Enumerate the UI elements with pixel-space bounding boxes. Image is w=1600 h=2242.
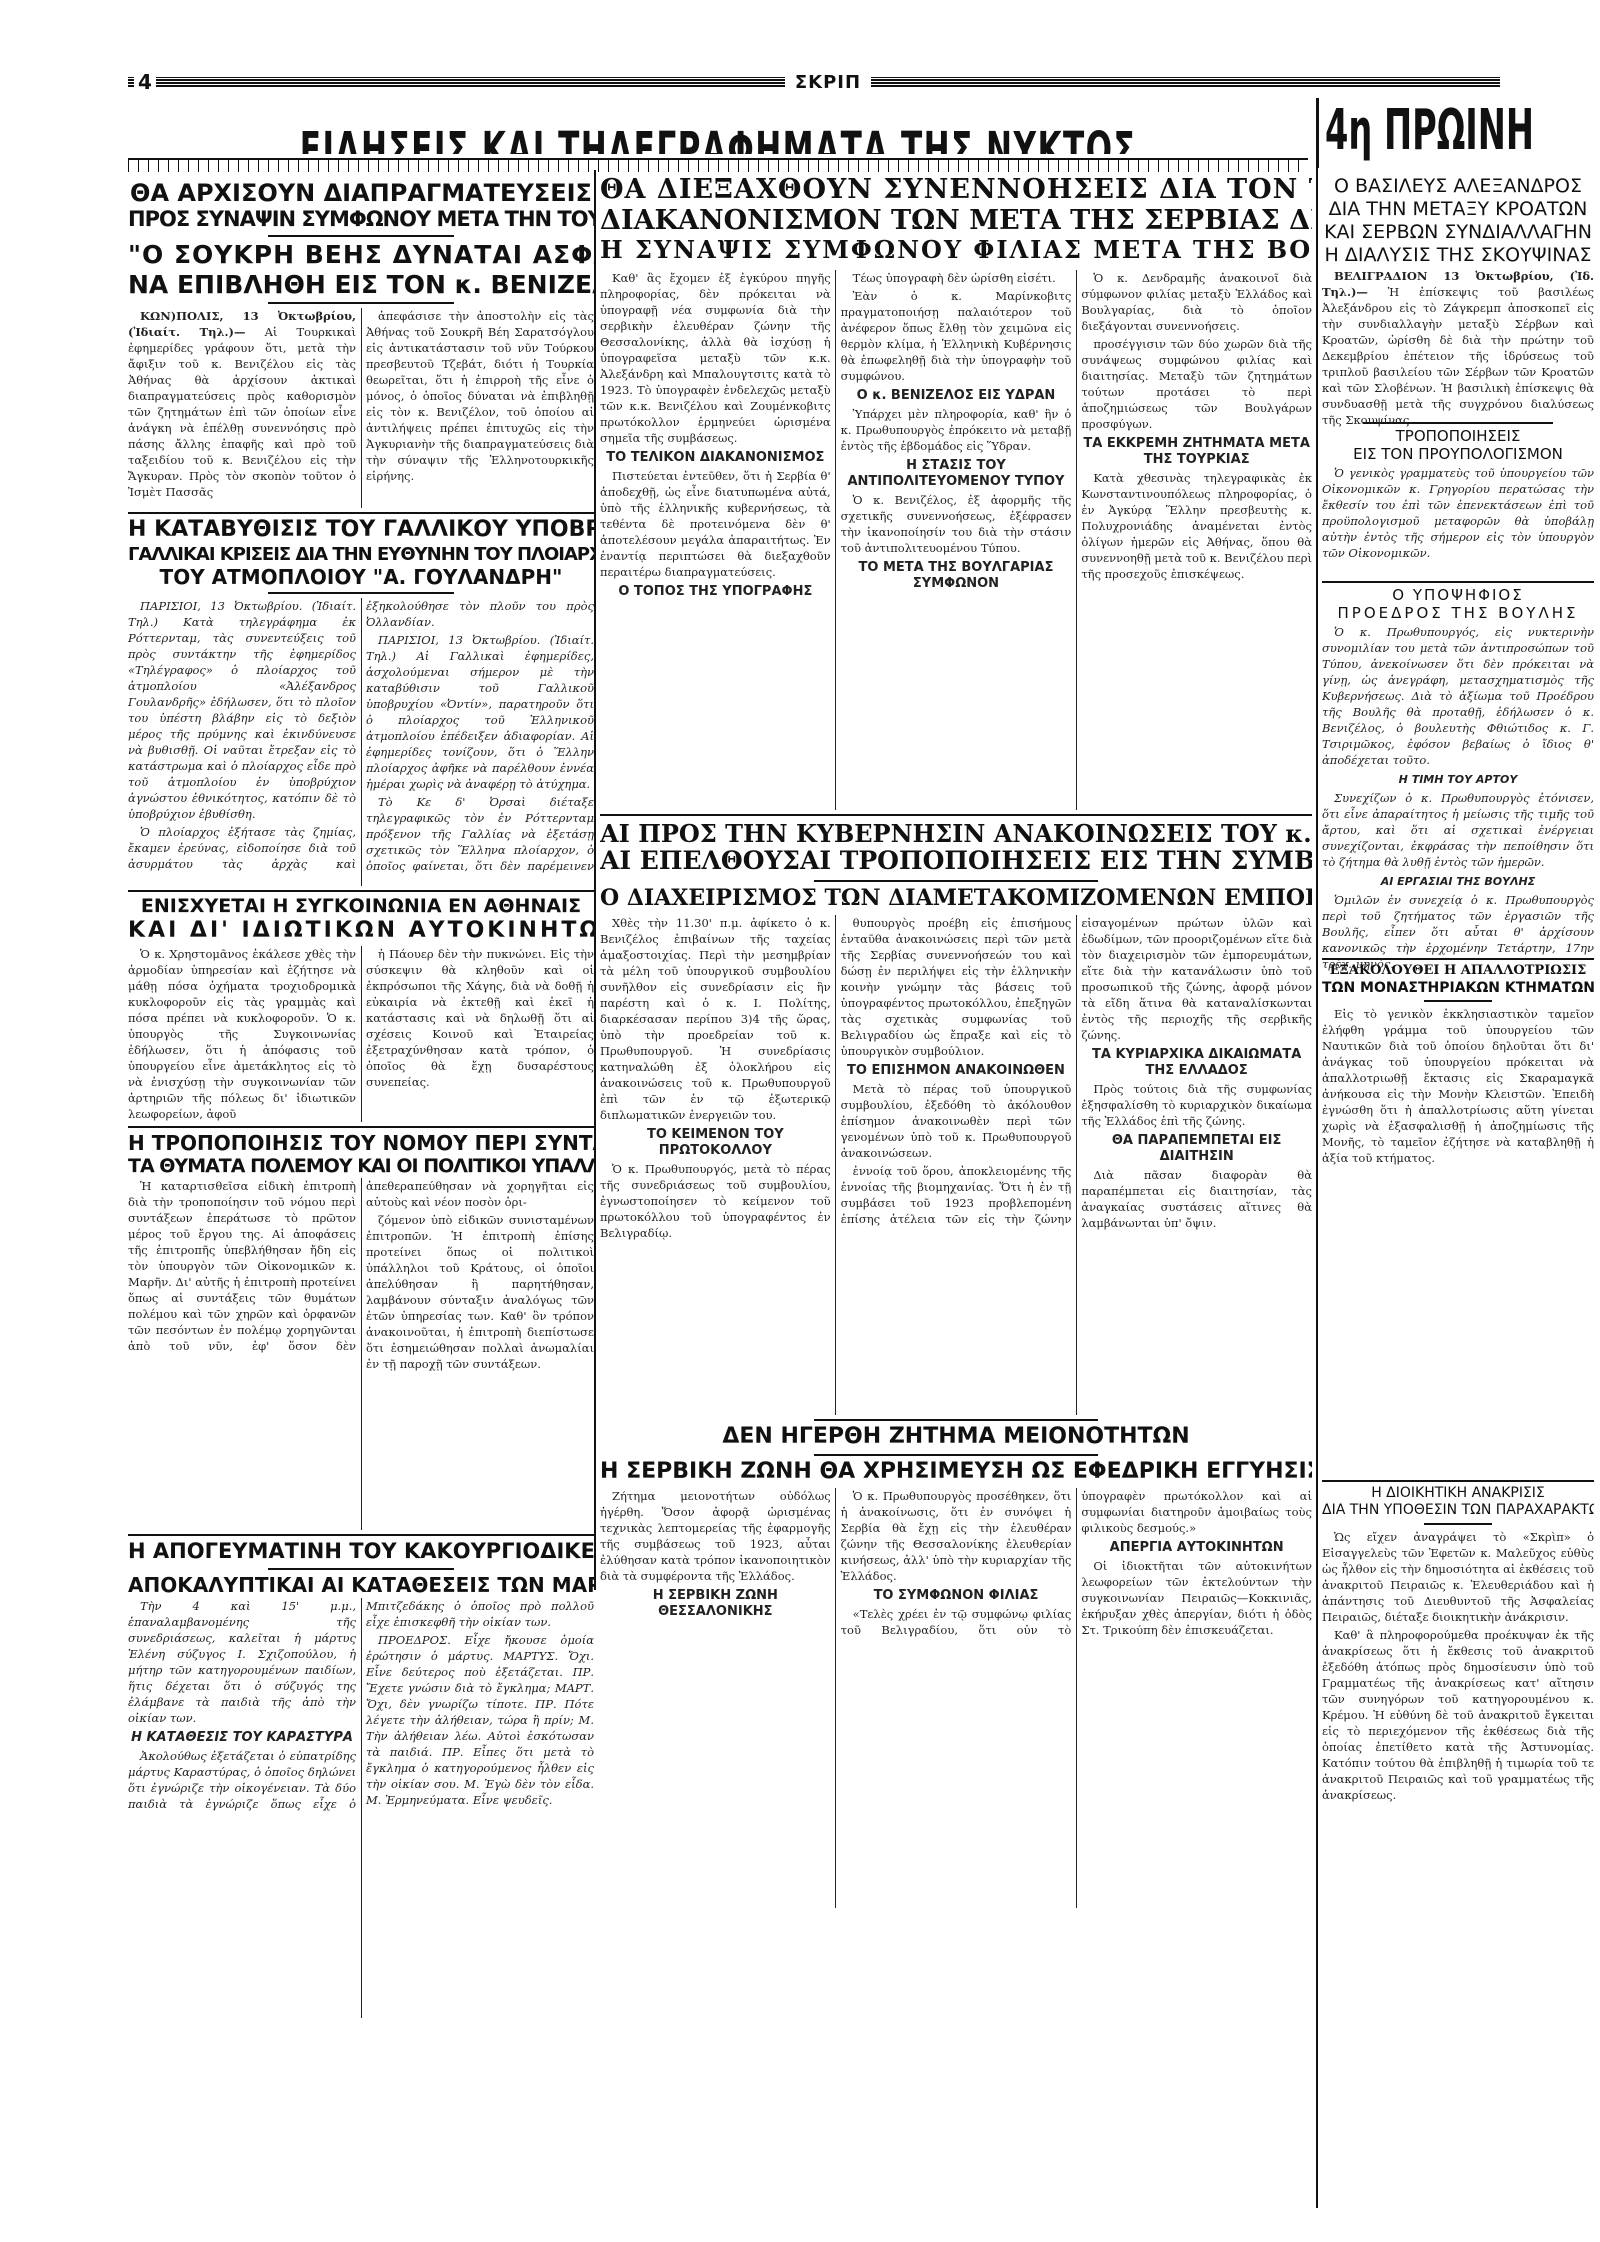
paragraph: Συνεχίζων ὁ κ. Πρωθυπουργὸς ἐτόνισεν, ὅτ… <box>1322 790 1594 870</box>
paragraph: Χθὲς τὴν 11.30' π.μ. ἀφίκετο ὁ κ. Βενιζέ… <box>600 915 831 1123</box>
paragraph: Αἱ Τουρκικαὶ ἐφημερίδες γράφουν ὅτι, μετ… <box>128 325 356 499</box>
article-minorities: ΔΕΝ ΗΓΕΡΘΗ ΖΗΤΗΜΑ ΜΕΙΟΝΟΤΗΤΩΝ Η ΣΕΡΒΙΚΗ … <box>600 1425 1312 1907</box>
middle-column: ΘΑ ΔΙΕΞΑΧΘΟΥΝ ΣΥΝΕΝΝΟΗΣΕΙΣ ΔΙΑ ΤΟΝ ΤΕΛΙΚ… <box>600 174 1312 2214</box>
paragraph: Κατὰ χθεσινὰς τηλεγραφικὰς ἐκ Κωνσταντιν… <box>1081 470 1312 582</box>
subheading: Η ΣΤΑΣΙΣ ΤΟΥ ΑΝΤΙΠΟΛΙΤΕΥΟΜΕΝΟΥ ΤΥΠΟΥ <box>841 458 1072 490</box>
headline: ΑΙ ΕΠΕΛΘΟΥΣΑΙ ΤΡΟΠΟΠΟΙΗΣΕΙΣ ΕΙΣ ΤΗΝ ΣΥΜΒ… <box>600 847 1312 876</box>
masthead-rule <box>128 77 134 87</box>
paragraph: Πιστεύεται ἐντεῦθεν, ὅτι ἡ Σερβία θ' ἀπο… <box>600 468 831 580</box>
article-body: Τὴν 4 καὶ 15' μ.μ., ἐπαναλαμβανομένης τῆ… <box>128 1598 594 2018</box>
divider <box>600 814 1312 816</box>
headline: ΔΙΑ ΤΗΝ ΥΠΟΘΕΣΙΝ ΤΩΝ ΠΑΡΑΧΑΡΑΚΤΩΝ <box>1322 1503 1594 1518</box>
newspaper-page: 4 ΣΚΡΙΠ ΕΙΔΗΣΕΙΣ ΚΑΙ ΤΗΛΕΓΡΑΦΗΜΑΤΑ ΤΗΣ Ν… <box>128 70 1600 2220</box>
subheading: ΤΟ ΕΠΙΣΗΜΟΝ ΑΝΑΚΟΙΝΩΘΕΝ <box>841 1063 1072 1079</box>
subheading: ΤΟ ΚΕΙΜΕΝΟΝ ΤΟΥ ΠΡΩΤΟΚΟΛΛΟΥ <box>600 1127 831 1159</box>
paragraph: Ὁ κ. Πρωθυπουργός, μετὰ τὸ πέρας τῆς συν… <box>600 1161 831 1241</box>
headline: ΤΑ ΘΥΜΑΤΑ ΠΟΛΕΜΟΥ ΚΑΙ ΟΙ ΠΟΛΙΤΙΚΟΙ ΥΠΑΛΛ… <box>128 1156 594 1177</box>
paragraph: Ὁ κ. Χρηστομᾶνος ἐκάλεσε χθὲς τὴν ἁρμοδί… <box>128 946 356 1122</box>
paragraph: Ἐὰν ὁ κ. Μαρίνκοβιτς πραγματοποιήσῃ παλα… <box>841 288 1072 384</box>
headline: ΤΩΝ ΜΟΝΑΣΤΗΡΙΑΚΩΝ ΚΤΗΜΑΤΩΝ <box>1322 981 1594 996</box>
divider <box>128 512 594 514</box>
column-divider <box>1316 98 1318 2208</box>
headline: ΑΠΟΚΑΛΥΠΤΙΚΑΙ ΑΙ ΚΑΤΑΘΕΣΕΙΣ ΤΩΝ ΜΑΡΤΥΡΩΝ <box>128 1574 594 1596</box>
headline: ΔΕΝ ΗΓΕΡΘΗ ΖΗΤΗΜΑ ΜΕΙΟΝΟΤΗΤΩΝ <box>600 1425 1312 1449</box>
article-serbia: ΘΑ ΔΙΕΞΑΧΘΟΥΝ ΣΥΝΕΝΝΟΗΣΕΙΣ ΔΙΑ ΤΟΝ ΤΕΛΙΚ… <box>600 174 1312 810</box>
article-body: Ἡ καταρτισθεῖσα εἰδικὴ ἐπιτροπὴ διὰ τὴν … <box>128 1178 594 1530</box>
headline: ΚΑΙ ΔΙ' ΙΔΙΩΤΙΚΩΝ ΑΥΤΟΚΙΝΗΤΩΝ <box>128 919 594 943</box>
paragraph: ἡ Πάουερ δὲν τὴν πυκνώνει. Εἰς τὴν σύσκε… <box>366 946 594 1090</box>
article-body: ΒΕΛΙΓΡΑΔΙΟΝ 13 Ὀκτωβρίου, (Ἰδ. Τηλ.)— Ἡ … <box>1322 268 1594 418</box>
headline: Η ΣΥΝΑΨΙΣ ΣΥΜΦΩΝΟΥ ΦΙΛΙΑΣ ΜΕΤΑ ΤΗΣ ΒΟΥΛΓ… <box>600 236 1312 264</box>
paragraph: ΠΡΟΕΔΡΟΣ. Εἶχε ἤκουσε ὁμοία ἐρώτησιν ὁ μ… <box>366 1632 594 1808</box>
paragraph: θυπουργὸς προέβη εἰς ἐπισήμους ἐνταῦθα ἀ… <box>841 915 1072 1059</box>
newspaper-name: ΣΚΡΙΠ <box>795 72 861 93</box>
article-body: Ὡς εἴχεν ἀναγράψει τὸ «Σκρὶπ» ὁ Εἰσαγγελ… <box>1322 1529 1594 1949</box>
headline: ΝΑ ΕΠΙΒΛΗΘΗ ΕΙΣ ΤΟΝ κ. ΒΕΝΙΖΕΛΟΝ" <box>128 271 594 299</box>
headline: ΚΑΙ ΣΕΡΒΩΝ ΣΥΝΔΙΑΛΛΑΓΗΝ <box>1322 222 1594 243</box>
article-pensions: Η ΤΡΟΠΟΠΟΙΗΣΙΣ ΤΟΥ ΝΟΜΟΥ ΠΕΡΙ ΣΥΝΤΑΞΕΩΝ … <box>128 1132 594 1531</box>
divider <box>128 1534 594 1536</box>
article-body: ΠΑΡΙΣΙΟΙ, 13 Ὀκτωβρίου. (Ἰδιαίτ. Τηλ.) Κ… <box>128 598 594 886</box>
headline: Η ΤΡΟΠΟΠΟΙΗΣΙΣ ΤΟΥ ΝΟΜΟΥ ΠΕΡΙ ΣΥΝΤΑΞΕΩΝ <box>128 1132 594 1154</box>
article-body: Χθὲς τὴν 11.30' π.μ. ἀφίκετο ὁ κ. Βενιζέ… <box>600 915 1312 1415</box>
paragraph: Διὰ πᾶσαν διαφορὰν θὰ παραπέμπεται εἰς δ… <box>1081 1167 1312 1231</box>
article-budget: ΤΡΟΠΟΠΟΙΗΣΕΙΣ ΕΙΣ ΤΟΝ ΠΡΟΥΠΟΛΟΓΙΣΜΟΝ Ὁ γ… <box>1322 428 1594 577</box>
subheading: ΑΙ ΕΡΓΑΣΙΑΙ ΤΗΣ ΒΟΥΛΗΣ <box>1322 874 1594 890</box>
article-body: Καθ' ἃς ἔχομεν ἐξ ἐγκύρου πηγῆς πληροφορ… <box>600 270 1312 810</box>
divider <box>268 302 454 304</box>
article-counterfeit: Η ΔΙΟΙΚΗΤΙΚΗ ΑΝΑΚΡΙΣΙΣ ΔΙΑ ΤΗΝ ΥΠΟΘΕΣΙΝ … <box>1322 1486 1594 1949</box>
article-body: Ζήτημα μειονοτήτων οὐδόλως ἠγέρθη. Ὅσον … <box>600 1488 1312 1908</box>
right-column: Ο ΒΑΣΙΛΕΥΣ ΑΛΕΞΑΝΔΡΟΣ ΔΙΑ ΤΗΝ ΜΕΤΑΞΥ ΚΡΟ… <box>1322 174 1594 2214</box>
headline: ΠΡΟΕΔΡΟΣ ΤΗΣ ΒΟΥΛΗΣ <box>1322 605 1594 622</box>
paragraph: Ὁ κ. Δενδραμῆς ἀνακοινοῖ διὰ σύμφωνον φι… <box>1081 270 1312 334</box>
divider <box>1424 1000 1492 1002</box>
divider <box>268 1568 454 1570</box>
headline: ΘΑ ΑΡΧΙΣΟΥΝ ΔΙΑΠΡΑΓΜΑΤΕΥΣΕΙΣ <box>128 180 594 206</box>
edition-box: 4η ΠΡΩΙΝΗ <box>1316 98 1599 168</box>
decorative-border <box>128 158 1308 172</box>
paragraph: Ὁμιλῶν ἐν συνεχείᾳ ὁ κ. Πρωθυπουργὸς περ… <box>1322 892 1594 972</box>
divider <box>1322 1480 1594 1482</box>
article-king: Ο ΒΑΣΙΛΕΥΣ ΑΛΕΞΑΝΔΡΟΣ ΔΙΑ ΤΗΝ ΜΕΤΑΞΥ ΚΡΟ… <box>1322 176 1594 418</box>
masthead-rule <box>871 77 1500 87</box>
divider <box>814 1419 1099 1421</box>
paragraph: Καθ' ἃς ἔχομεν ἐξ ἐγκύρου πηγῆς πληροφορ… <box>600 270 831 446</box>
article-body: Εἰς τὸ γενικὸν ἐκκλησιαστικὸν ταμεῖον ἐλ… <box>1322 1006 1594 1476</box>
subheading: ΤΟ ΤΕΛΙΚΟΝ ΔΙΑΚΑΝΟΝΙΣΜΟΣ <box>600 450 831 466</box>
article-body: Ὁ κ. Πρωθυπουργός, εἰς νυκτερινὴν συνομι… <box>1322 624 1594 954</box>
paragraph: Μετὰ τὸ πέρας τοῦ ὑπουργικοῦ συμβουλίου,… <box>841 1081 1072 1161</box>
paragraph: Ζήτημα μειονοτήτων οὐδόλως ἠγέρθη. Ὅσον … <box>600 1488 831 1584</box>
divider <box>268 592 454 594</box>
subheading: ΘΑ ΠΑΡΑΠΕΜΠΕΤΑΙ ΕΙΣ ΔΙΑΙΤΗΣΙΝ <box>1081 1133 1312 1165</box>
subheading: Η ΤΙΜΗ ΤΟΥ ΑΡΤΟΥ <box>1322 772 1594 788</box>
headline: ΕΙΣ ΤΟΝ ΠΡΟΥΠΟΛΟΓΙΣΜΟΝ <box>1322 446 1594 463</box>
paragraph: προσέγγισιν τῶν δύο χωρῶν διὰ τῆς συνάψε… <box>1081 336 1312 432</box>
divider <box>128 1126 594 1128</box>
subheading: Ο κ. ΒΕΝΙΖΕΛΟΣ ΕΙΣ ΥΔΡΑΝ <box>841 388 1072 404</box>
headline: Η ΣΕΡΒΙΚΗ ΖΩΝΗ ΘΑ ΧΡΗΣΙΜΕΥΣΗ ΩΣ ΕΦΕΔΡΙΚΗ… <box>600 1460 1312 1484</box>
paragraph: Πρὸς τούτοις διὰ τῆς συμφωνίας ἐξησφαλίσ… <box>1081 1081 1312 1129</box>
article-body: Ὁ κ. Χρηστομᾶνος ἐκάλεσε χθὲς τὴν ἁρμοδί… <box>128 946 594 1122</box>
headline: Ο ΥΠΟΨΗΦΙΟΣ <box>1322 587 1594 604</box>
article-monasteries: ΕΞΑΚΟΛΟΥΘΕΙ Η ΑΠΑΛΛΟΤΡΙΩΣΙΣ ΤΩΝ ΜΟΝΑΣΤΗΡ… <box>1322 964 1594 1476</box>
headline: Ο ΒΑΣΙΛΕΥΣ ΑΛΕΞΑΝΔΡΟΣ <box>1322 176 1594 197</box>
divider <box>814 880 1099 882</box>
subheading: Η ΚΑΤΑΘΕΣΙΣ ΤΟΥ ΚΑΡΑΣΤΥΡΑ <box>128 1730 356 1746</box>
paragraph: Ἡ ἐπίσκεψις τοῦ βασιλέως Ἀλεξάνδρου εἰς … <box>1322 285 1594 427</box>
divider <box>1424 1523 1492 1525</box>
paragraph: Καθ' ἃ πληροφορούμεθα προέκυψαν ἐκ τῆς ἀ… <box>1322 1627 1594 1803</box>
paragraph: Ὁ γενικὸς γραμματεὺς τοῦ ὑπουργείου τῶν … <box>1322 465 1594 561</box>
page-number: 4 <box>138 70 152 94</box>
article-body: Ὁ γενικὸς γραμματεὺς τοῦ ὑπουργείου τῶν … <box>1322 465 1594 577</box>
paragraph: Ὁ κ. Πρωθυπουργός, εἰς νυκτερινὴν συνομι… <box>1322 624 1594 768</box>
divider <box>1322 581 1594 583</box>
article-submarine: Η ΚΑΤΑΒΥΘΙΣΙΣ ΤΟΥ ΓΑΛΛΙΚΟΥ ΥΠΟΒΡΥΧΙΟΥ ΓΑ… <box>128 518 594 886</box>
paragraph: Οἱ ἰδιοκτῆται τῶν αὐτοκινήτων λεωφορείων… <box>1081 1558 1312 1638</box>
headline: ΕΝΙΣΧΥΕΤΑΙ Η ΣΥΓΚΟΙΝΩΝΙΑ ΕΝ ΑΘΗΝΑΙΣ <box>128 896 594 917</box>
paragraph: Κατὰ τηλεγράφημα ἐκ Ρόττερνταμ, τὰς συνε… <box>128 615 356 821</box>
article-venizelos: ΑΙ ΠΡΟΣ ΤΗΝ ΚΥΒΕΡΝΗΣΙΝ ΑΝΑΚΟΙΝΩΣΕΙΣ ΤΟΥ … <box>600 820 1312 1416</box>
divider <box>268 235 454 237</box>
paragraph: Ὁ κ. Πρωθυπουργὸς προσέθηκεν, ὅτι ἡ ἀνακ… <box>841 1488 1072 1584</box>
headline: Η ΔΙΑΛΥΣΙΣ ΤΗΣ ΣΚΟΥΨΙΝΑΣ <box>1322 245 1594 266</box>
article-body: ΚΩΝ)ΠΟΛΙΣ, 13 Ὀκτωβρίου, (Ἰδιαίτ. Τηλ.)—… <box>128 308 594 508</box>
headline: ΤΟΥ ΑΤΜΟΠΛΟΙΟΥ "Α. ΓΟΥΛΑΝΔΡΗ" <box>128 566 594 588</box>
headline: ΔΙΑ ΤΗΝ ΜΕΤΑΞΥ ΚΡΟΑΤΩΝ <box>1322 199 1594 220</box>
headline: ΔΙΑΚΑΝΟΝΙΣΜΟΝ ΤΩΝ ΜΕΤΑ ΤΗΣ ΣΕΡΒΙΑΣ ΔΙΑΦΟ… <box>600 205 1312 236</box>
paragraph: ζόμενον ὑπὸ εἰδικῶν συνισταμένων ἐπιτροπ… <box>366 1212 594 1372</box>
headline: ΘΑ ΔΙΕΞΑΧΘΟΥΝ ΣΥΝΕΝΝΟΗΣΕΙΣ ΔΙΑ ΤΟΝ ΤΕΛΙΚ… <box>600 174 1312 205</box>
subheading: Η ΣΕΡΒΙΚΗ ΖΩΝΗ ΘΕΣΣΑΛΟΝΙΚΗΣ <box>600 1588 831 1620</box>
paragraph: Αἱ Γαλλικαὶ ἐφημερίδες, ἀσχολούμεναι σήμ… <box>366 649 594 791</box>
section-banner: ΕΙΔΗΣΕΙΣ ΚΑΙ ΤΗΛΕΓΡΑΦΗΜΑΤΑ ΤΗΣ ΝΥΚΤΟΣ <box>128 96 1308 154</box>
headline: Ο ΔΙΑΧΕΙΡΙΣΜΟΣ ΤΩΝ ΔΙΑΜΕΤΑΚΟΜΙΖΟΜΕΝΩΝ ΕΜ… <box>600 886 1312 911</box>
article-candidate: Ο ΥΠΟΨΗΦΙΟΣ ΠΡΟΕΔΡΟΣ ΤΗΣ ΒΟΥΛΗΣ Ὁ κ. Πρω… <box>1322 587 1594 954</box>
subheading: ΑΠΕΡΓΙΑ ΑΥΤΟΚΙΝΗΤΩΝ <box>1081 1540 1312 1556</box>
edition-label: 4η ΠΡΩΙΝΗ <box>1325 98 1489 163</box>
paragraph: Ὡς εἴχεν ἀναγράψει τὸ «Σκρὶπ» ὁ Εἰσαγγελ… <box>1322 1529 1594 1625</box>
masthead-rule <box>156 77 785 87</box>
paragraph: Ὁ κ. Βενιζέλος, ἐξ ἀφορμῆς τῆς σχετικῆς … <box>841 492 1072 556</box>
headline: Η ΑΠΟΓΕΥΜΑΤΙΝΗ ΤΟΥ ΚΑΚΟΥΡΓΙΟΔΙΚΕΙΟΥ <box>128 1540 594 1563</box>
masthead: 4 ΣΚΡΙΠ <box>128 70 1500 94</box>
headline: "Ο ΣΟΥΚΡΗ ΒΕΗΣ ΔΥΝΑΤΑΙ ΑΣΦΑΛΩΣ <box>128 241 594 269</box>
subheading: ΤΑ ΕΚΚΡΕΜΗ ΖΗΤΗΜΑΤΑ ΜΕΤΑ ΤΗΣ ΤΟΥΡΚΙΑΣ <box>1081 436 1312 468</box>
headline: ΑΙ ΠΡΟΣ ΤΗΝ ΚΥΒΕΡΝΗΣΙΝ ΑΝΑΚΟΙΝΩΣΕΙΣ ΤΟΥ … <box>600 820 1312 848</box>
subheading: ΤΑ ΚΥΡΙΑΡΧΙΚΑ ΔΙΚΑΙΩΜΑΤΑ ΤΗΣ ΕΛΛΑΔΟΣ <box>1081 1047 1312 1079</box>
subheading: ΤΟ ΣΥΜΦΩΝΟΝ ΦΙΛΙΑΣ <box>841 1588 1072 1604</box>
divider <box>814 1454 1099 1456</box>
paragraph: Ὑπάρχει μὲν πληροφορία, καθ' ἣν ὁ κ. Πρω… <box>841 406 1072 454</box>
paragraph: Εἰς τὸ γενικὸν ἐκκλησιαστικὸν ταμεῖον ἐλ… <box>1322 1006 1594 1166</box>
article-court: Η ΑΠΟΓΕΥΜΑΤΙΝΗ ΤΟΥ ΚΑΚΟΥΡΓΙΟΔΙΚΕΙΟΥ ΑΠΟΚ… <box>128 1540 594 2017</box>
paragraph: Τὴν 4 καὶ 15' μ.μ., ἐπαναλαμβανομένης τῆ… <box>128 1598 356 1726</box>
headline: ΓΑΛΛΙΚΑΙ ΚΡΙΣΕΙΣ ΔΙΑ ΤΗΝ ΕΥΘΥΝΗΝ ΤΟΥ ΠΛΟ… <box>128 545 594 565</box>
article-turkey: ΘΑ ΑΡΧΙΣΟΥΝ ΔΙΑΠΡΑΓΜΑΤΕΥΣΕΙΣ ΠΡΟΣ ΣΥΝΑΨΙ… <box>128 180 594 508</box>
subheading: ΤΟ ΜΕΤΑ ΤΗΣ ΒΟΥΛΓΑΡΙΑΣ ΣΥΜΦΩΝΟΝ <box>841 560 1072 592</box>
headline: ΠΡΟΣ ΣΥΝΑΨΙΝ ΣΥΜΦΩΝΟΥ ΜΕΤΑ ΤΗΝ ΤΟΥΡΚΙΑΝ <box>128 208 594 231</box>
paragraph: Τέως ὑπογραφὴ δὲν ὡρίσθη εἰσέτι. <box>841 270 1072 286</box>
headline: Η ΔΙΟΙΚΗΤΙΚΗ ΑΝΑΚΡΙΣΙΣ <box>1322 1486 1594 1501</box>
headline: ΕΞΑΚΟΛΟΥΘΕΙ Η ΑΠΑΛΛΟΤΡΙΩΣΙΣ <box>1322 964 1594 979</box>
headline: ΤΡΟΠΟΠΟΙΗΣΕΙΣ <box>1322 428 1594 445</box>
article-transport: ΕΝΙΣΧΥΕΤΑΙ Η ΣΥΓΚΟΙΝΩΝΙΑ ΕΝ ΑΘΗΝΑΙΣ ΚΑΙ … <box>128 896 594 1121</box>
paragraph: ἀπεφάσισε τὴν ἀποστολὴν εἰς τὰς Ἀθήνας τ… <box>366 308 594 484</box>
headline: Η ΚΑΤΑΒΥΘΙΣΙΣ ΤΟΥ ΓΑΛΛΙΚΟΥ ΥΠΟΒΡΥΧΙΟΥ <box>128 518 594 542</box>
section-title: ΕΙΔΗΣΕΙΣ ΚΑΙ ΤΗΛΕΓΡΑΦΗΜΑΤΑ ΤΗΣ ΝΥΚΤΟΣ <box>156 122 1279 154</box>
column-divider <box>594 170 596 1590</box>
left-column: ΘΑ ΑΡΧΙΣΟΥΝ ΔΙΑΠΡΑΓΜΑΤΕΥΣΕΙΣ ΠΡΟΣ ΣΥΝΑΨΙ… <box>128 178 594 2218</box>
divider <box>128 890 594 892</box>
subheading: Ο ΤΟΠΟΣ ΤΗΣ ΥΠΟΓΡΑΦΗΣ <box>600 584 831 600</box>
